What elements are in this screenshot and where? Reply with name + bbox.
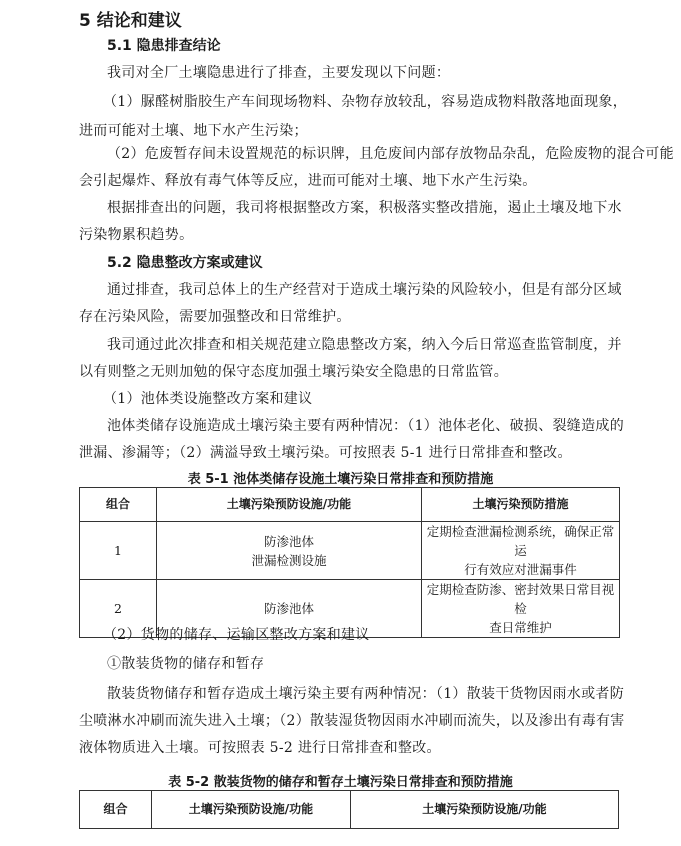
table-5-1: 组合 土壤污染预防设施/功能 土壤污染预防措施 1 防渗池体 泄漏检测设施 定期… [79, 487, 620, 638]
cell-text: 防渗池体 [159, 532, 419, 551]
paragraph: 会引起爆炸、释放有毒气体等反应，进而可能对土壤、地下水产生污染。 [79, 170, 537, 190]
section-5-2-title: 5.2 隐患整改方案或建议 [107, 252, 263, 272]
paragraph: 以有则整之无则加勉的保守态度加强土壤污染安全隐患的日常监管。 [79, 361, 508, 381]
measure-cell: 定期检查防渗、密封效果日常目视检 查日常维护 [422, 580, 620, 638]
table-header-row: 组合 土壤污染预防设施/功能 土壤污染预防设施/功能 [80, 791, 619, 829]
facility-cell: 防渗池体 泄漏检测设施 [157, 522, 422, 580]
header-cell: 组合 [80, 791, 152, 829]
paragraph: 存在污染风险，需要加强整改和日常维护。 [79, 306, 351, 326]
header-cell: 土壤污染预防设施/功能 [152, 791, 351, 829]
cell-text: 防渗池体 [159, 599, 419, 618]
paragraph: 我司对全厂土壤隐患进行了排查，主要发现以下问题： [107, 62, 450, 82]
paragraph: 尘喷淋水冲刷而流失进入土壤；（2）散装湿货物因雨水冲刷而流失，以及渗出有毒有害 [79, 710, 625, 730]
header-cell: 土壤污染预防设施/功能 [157, 488, 422, 522]
paragraph: 池体类储存设施造成土壤污染主要有两种情况：（1）池体老化、破损、裂缝造成的 [107, 415, 624, 435]
subsection-title: （2）货物的储存、运输区整改方案和建议 [103, 624, 370, 644]
table-5-1-caption: 表 5-1 池体类储存设施土壤污染日常排查和预防措施 [0, 468, 681, 487]
section-5-1-title: 5.1 隐患排查结论 [107, 35, 221, 55]
table-5-2: 组合 土壤污染预防设施/功能 土壤污染预防设施/功能 [79, 790, 619, 829]
cell-text: 查日常维护 [424, 618, 617, 637]
header-cell: 土壤污染预防措施 [422, 488, 620, 522]
cell-text: 行有效应对泄漏事件 [424, 560, 617, 579]
cell-text: 泄漏检测设施 [159, 551, 419, 570]
paragraph: 泄漏、渗漏等；（2）满溢导致土壤污染。可按照表 5-1 进行日常排查和整改。 [79, 442, 572, 462]
header-cell: 土壤污染预防设施/功能 [351, 791, 619, 829]
table-header-row: 组合 土壤污染预防设施/功能 土壤污染预防措施 [80, 488, 620, 522]
table-5-2-caption: 表 5-2 散装货物的储存和暂存土壤污染日常排查和预防措施 [0, 771, 681, 790]
paragraph: 进而可能对土壤、地下水产生污染； [79, 120, 308, 140]
subsection-title: （1）池体类设施整改方案和建议 [103, 388, 312, 408]
paragraph: 通过排查，我司总体上的生产经营对于造成土壤污染的风险较小，但是有部分区域 [107, 279, 622, 299]
cell-text: 定期检查防渗、密封效果日常目视检 [424, 580, 617, 618]
paragraph: （2）危废暂存间未设置规范的标识牌，且危废间内部存放物品杂乱，危险废物的混合可能 [107, 143, 674, 163]
paragraph: 液体物质进入土壤。可按照表 5-2 进行日常排查和整改。 [79, 737, 441, 757]
paragraph: （1）脲醛树脂胶生产车间现场物料、杂物存放较乱，容易造成物料散落地面现象， [103, 91, 627, 111]
measure-cell: 定期检查泄漏检测系统，确保正常运 行有效应对泄漏事件 [422, 522, 620, 580]
chapter-heading: 5 结论和建议 [79, 6, 182, 31]
group-cell: 1 [80, 522, 157, 580]
subsection-item-title: ①散装货物的储存和暂存 [107, 653, 264, 673]
header-cell: 组合 [80, 488, 157, 522]
paragraph: 根据排查出的问题，我司将根据整改方案，积极落实整改措施，遏止土壤及地下水 [107, 197, 622, 217]
table-row: 1 防渗池体 泄漏检测设施 定期检查泄漏检测系统，确保正常运 行有效应对泄漏事件 [80, 522, 620, 580]
cell-text: 定期检查泄漏检测系统，确保正常运 [424, 522, 617, 560]
paragraph: 我司通过此次排查和相关规范建立隐患整改方案，纳入今后日常巡查监管制度，并 [107, 334, 622, 354]
paragraph: 污染物累积趋势。 [79, 224, 193, 244]
paragraph: 散装货物储存和暂存造成土壤污染主要有两种情况：（1）散装干货物因雨水或者防 [107, 683, 624, 703]
